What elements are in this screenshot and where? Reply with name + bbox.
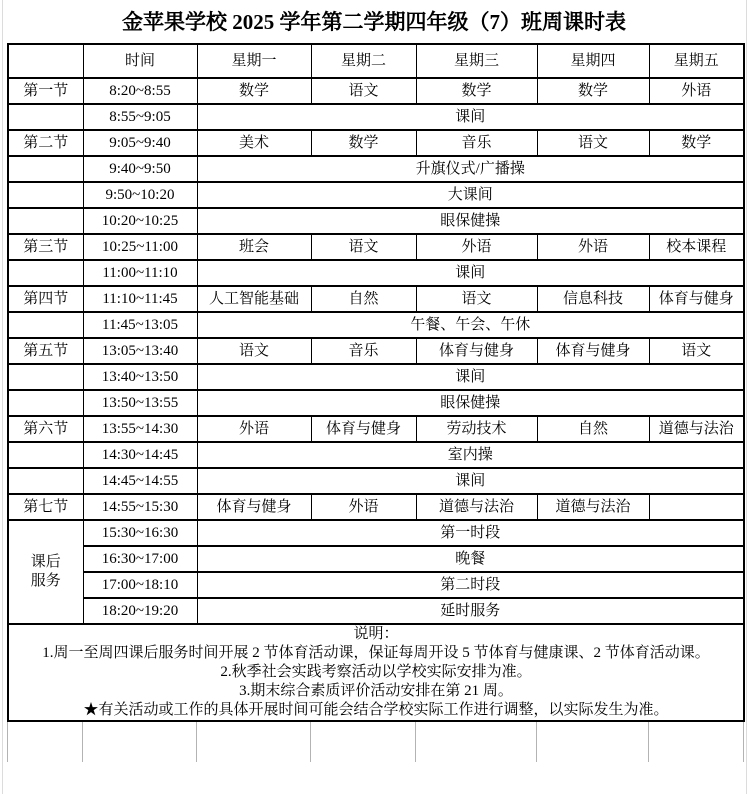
subject-cell: 语文 [311,234,416,260]
subject-cell: 数学 [537,78,649,104]
period-cell [8,260,83,286]
timetable-row: 9:50~10:20大课间 [8,182,744,208]
time-cell: 9:50~10:20 [83,182,197,208]
time-cell: 18:20~19:20 [83,598,197,624]
time-cell: 10:25~11:00 [83,234,197,260]
subject-cell: 信息科技 [537,286,649,312]
note-line-2: 2.秋季社会实践考察活动以学校实际安排为准。 [9,663,743,682]
period-cell: 第三节 [8,234,83,260]
period-cell: 第七节 [8,494,83,520]
page-edge-left [2,0,3,794]
timetable-row: 13:40~13:50课间 [8,364,744,390]
period-cell: 课后 服务 [8,520,83,624]
page-title: 金苹果学校 2025 学年第二学期四年级（7）班周课时表 [0,0,748,43]
notes-section: 说明： 1.周一至周四课后服务时间开展 2 节体育活动课，保证每周开设 5 节体… [8,624,744,721]
period-cell [8,364,83,390]
header-thursday: 星期四 [537,44,649,78]
timetable-row: 14:30~14:45室内操 [8,442,744,468]
time-cell: 10:20~10:25 [83,208,197,234]
timetable-row: 13:50~13:55眼保健操 [8,390,744,416]
subject-cell: 外语 [311,494,416,520]
time-cell: 14:55~15:30 [83,494,197,520]
note-line-4: ★有关活动或工作的具体开展时间可能会结合学校实际工作进行调整，以实际发生为准。 [9,701,743,720]
activity-cell: 课间 [197,468,744,494]
cutoff-cell [416,722,537,762]
subject-cell: 数学 [649,130,744,156]
notes-heading: 说明： [9,625,743,644]
subject-cell: 体育与健身 [649,286,744,312]
subject-cell: 外语 [537,234,649,260]
subject-cell: 数学 [416,78,537,104]
timetable: 时间 星期一 星期二 星期三 星期四 星期五 第一节8:20~8:55数学语文数… [7,43,745,722]
cutoff-cell [311,722,416,762]
page-edge-right [746,0,747,794]
subject-cell: 自然 [311,286,416,312]
time-cell: 13:55~14:30 [83,416,197,442]
note-line-1: 1.周一至周四课后服务时间开展 2 节体育活动课，保证每周开设 5 节体育与健康… [9,644,743,663]
cutoff-row-cells [8,722,744,762]
subject-cell: 道德与法治 [649,416,744,442]
period-cell [8,442,83,468]
timetable-row: 第五节13:05~13:40语文音乐体育与健身体育与健身语文 [8,338,744,364]
time-cell: 9:40~9:50 [83,156,197,182]
activity-cell: 眼保健操 [197,390,744,416]
time-cell: 17:00~18:10 [83,572,197,598]
subject-cell: 语文 [537,130,649,156]
header-period [8,44,83,78]
cutoff-cell [83,722,197,762]
cutoff-cell [649,722,744,762]
activity-cell: 晚餐 [197,546,744,572]
timetable-row: 课后 服务15:30~16:30第一时段 [8,520,744,546]
header-time: 时间 [83,44,197,78]
time-cell: 8:20~8:55 [83,78,197,104]
period-cell [8,390,83,416]
subject-cell: 语文 [649,338,744,364]
time-cell: 11:10~11:45 [83,286,197,312]
header-friday: 星期五 [649,44,744,78]
activity-cell: 课间 [197,104,744,130]
activity-cell: 眼保健操 [197,208,744,234]
cutoff-cell [8,722,83,762]
header-monday: 星期一 [197,44,311,78]
timetable-row: 第三节10:25~11:00班会语文外语外语校本课程 [8,234,744,260]
timetable-row: 11:45~13:05午餐、午会、午休 [8,312,744,338]
timetable-row: 17:00~18:10第二时段 [8,572,744,598]
period-cell [8,468,83,494]
period-cell [8,208,83,234]
subject-cell: 语文 [197,338,311,364]
subject-cell: 班会 [197,234,311,260]
header-wednesday: 星期三 [416,44,537,78]
timetable-row: 11:00~11:10课间 [8,260,744,286]
subject-cell: 语文 [311,78,416,104]
period-cell: 第四节 [8,286,83,312]
subject-cell: 语文 [416,286,537,312]
activity-cell: 午餐、午会、午休 [197,312,744,338]
subject-cell: 劳动技术 [416,416,537,442]
activity-cell: 延时服务 [197,598,744,624]
activity-cell: 升旗仪式/广播操 [197,156,744,182]
header-tuesday: 星期二 [311,44,416,78]
subject-cell: 道德与法治 [416,494,537,520]
subject-cell: 人工智能基础 [197,286,311,312]
header-row: 时间 星期一 星期二 星期三 星期四 星期五 [8,44,744,78]
subject-cell: 体育与健身 [416,338,537,364]
timetable-row: 16:30~17:00晚餐 [8,546,744,572]
time-cell: 11:00~11:10 [83,260,197,286]
subject-cell: 外语 [197,416,311,442]
subject-cell: 美术 [197,130,311,156]
time-cell: 16:30~17:00 [83,546,197,572]
timetable-row: 9:40~9:50升旗仪式/广播操 [8,156,744,182]
period-cell [8,312,83,338]
subject-cell: 体育与健身 [537,338,649,364]
time-cell: 8:55~9:05 [83,104,197,130]
subject-cell: 音乐 [311,338,416,364]
note-line-3: 3.期末综合素质评价活动安排在第 21 周。 [9,682,743,701]
timetable-row: 8:55~9:05课间 [8,104,744,130]
timetable-row: 18:20~19:20延时服务 [8,598,744,624]
timetable-row: 14:45~14:55课间 [8,468,744,494]
time-cell: 13:40~13:50 [83,364,197,390]
cutoff-row [7,722,744,762]
activity-cell: 室内操 [197,442,744,468]
activity-cell: 课间 [197,260,744,286]
period-cell: 第二节 [8,130,83,156]
time-cell: 14:45~14:55 [83,468,197,494]
subject-cell: 数学 [311,130,416,156]
subject-cell: 外语 [416,234,537,260]
subject-cell: 道德与法治 [537,494,649,520]
cutoff-cell [197,722,311,762]
activity-cell: 第一时段 [197,520,744,546]
timetable-row: 第七节14:55~15:30体育与健身外语道德与法治道德与法治 [8,494,744,520]
time-cell: 14:30~14:45 [83,442,197,468]
subject-cell: 音乐 [416,130,537,156]
subject-cell: 体育与健身 [197,494,311,520]
cutoff-cell [537,722,649,762]
subject-cell [649,494,744,520]
subject-cell: 数学 [197,78,311,104]
subject-cell: 体育与健身 [311,416,416,442]
activity-cell: 第二时段 [197,572,744,598]
activity-cell: 课间 [197,364,744,390]
timetable-row: 10:20~10:25眼保健操 [8,208,744,234]
time-cell: 13:05~13:40 [83,338,197,364]
period-cell: 第五节 [8,338,83,364]
period-cell: 第一节 [8,78,83,104]
time-cell: 15:30~16:30 [83,520,197,546]
time-cell: 13:50~13:55 [83,390,197,416]
notes-row: 说明： 1.周一至周四课后服务时间开展 2 节体育活动课，保证每周开设 5 节体… [8,624,744,721]
subject-cell: 外语 [649,78,744,104]
period-cell [8,104,83,130]
timetable-row: 第一节8:20~8:55数学语文数学数学外语 [8,78,744,104]
subject-cell: 校本课程 [649,234,744,260]
timetable-row: 第二节9:05~9:40美术数学音乐语文数学 [8,130,744,156]
time-cell: 11:45~13:05 [83,312,197,338]
period-cell: 第六节 [8,416,83,442]
time-cell: 9:05~9:40 [83,130,197,156]
period-cell [8,182,83,208]
timetable-row: 第六节13:55~14:30外语体育与健身劳动技术自然道德与法治 [8,416,744,442]
period-cell [8,156,83,182]
activity-cell: 大课间 [197,182,744,208]
subject-cell: 自然 [537,416,649,442]
timetable-row: 第四节11:10~11:45人工智能基础自然语文信息科技体育与健身 [8,286,744,312]
